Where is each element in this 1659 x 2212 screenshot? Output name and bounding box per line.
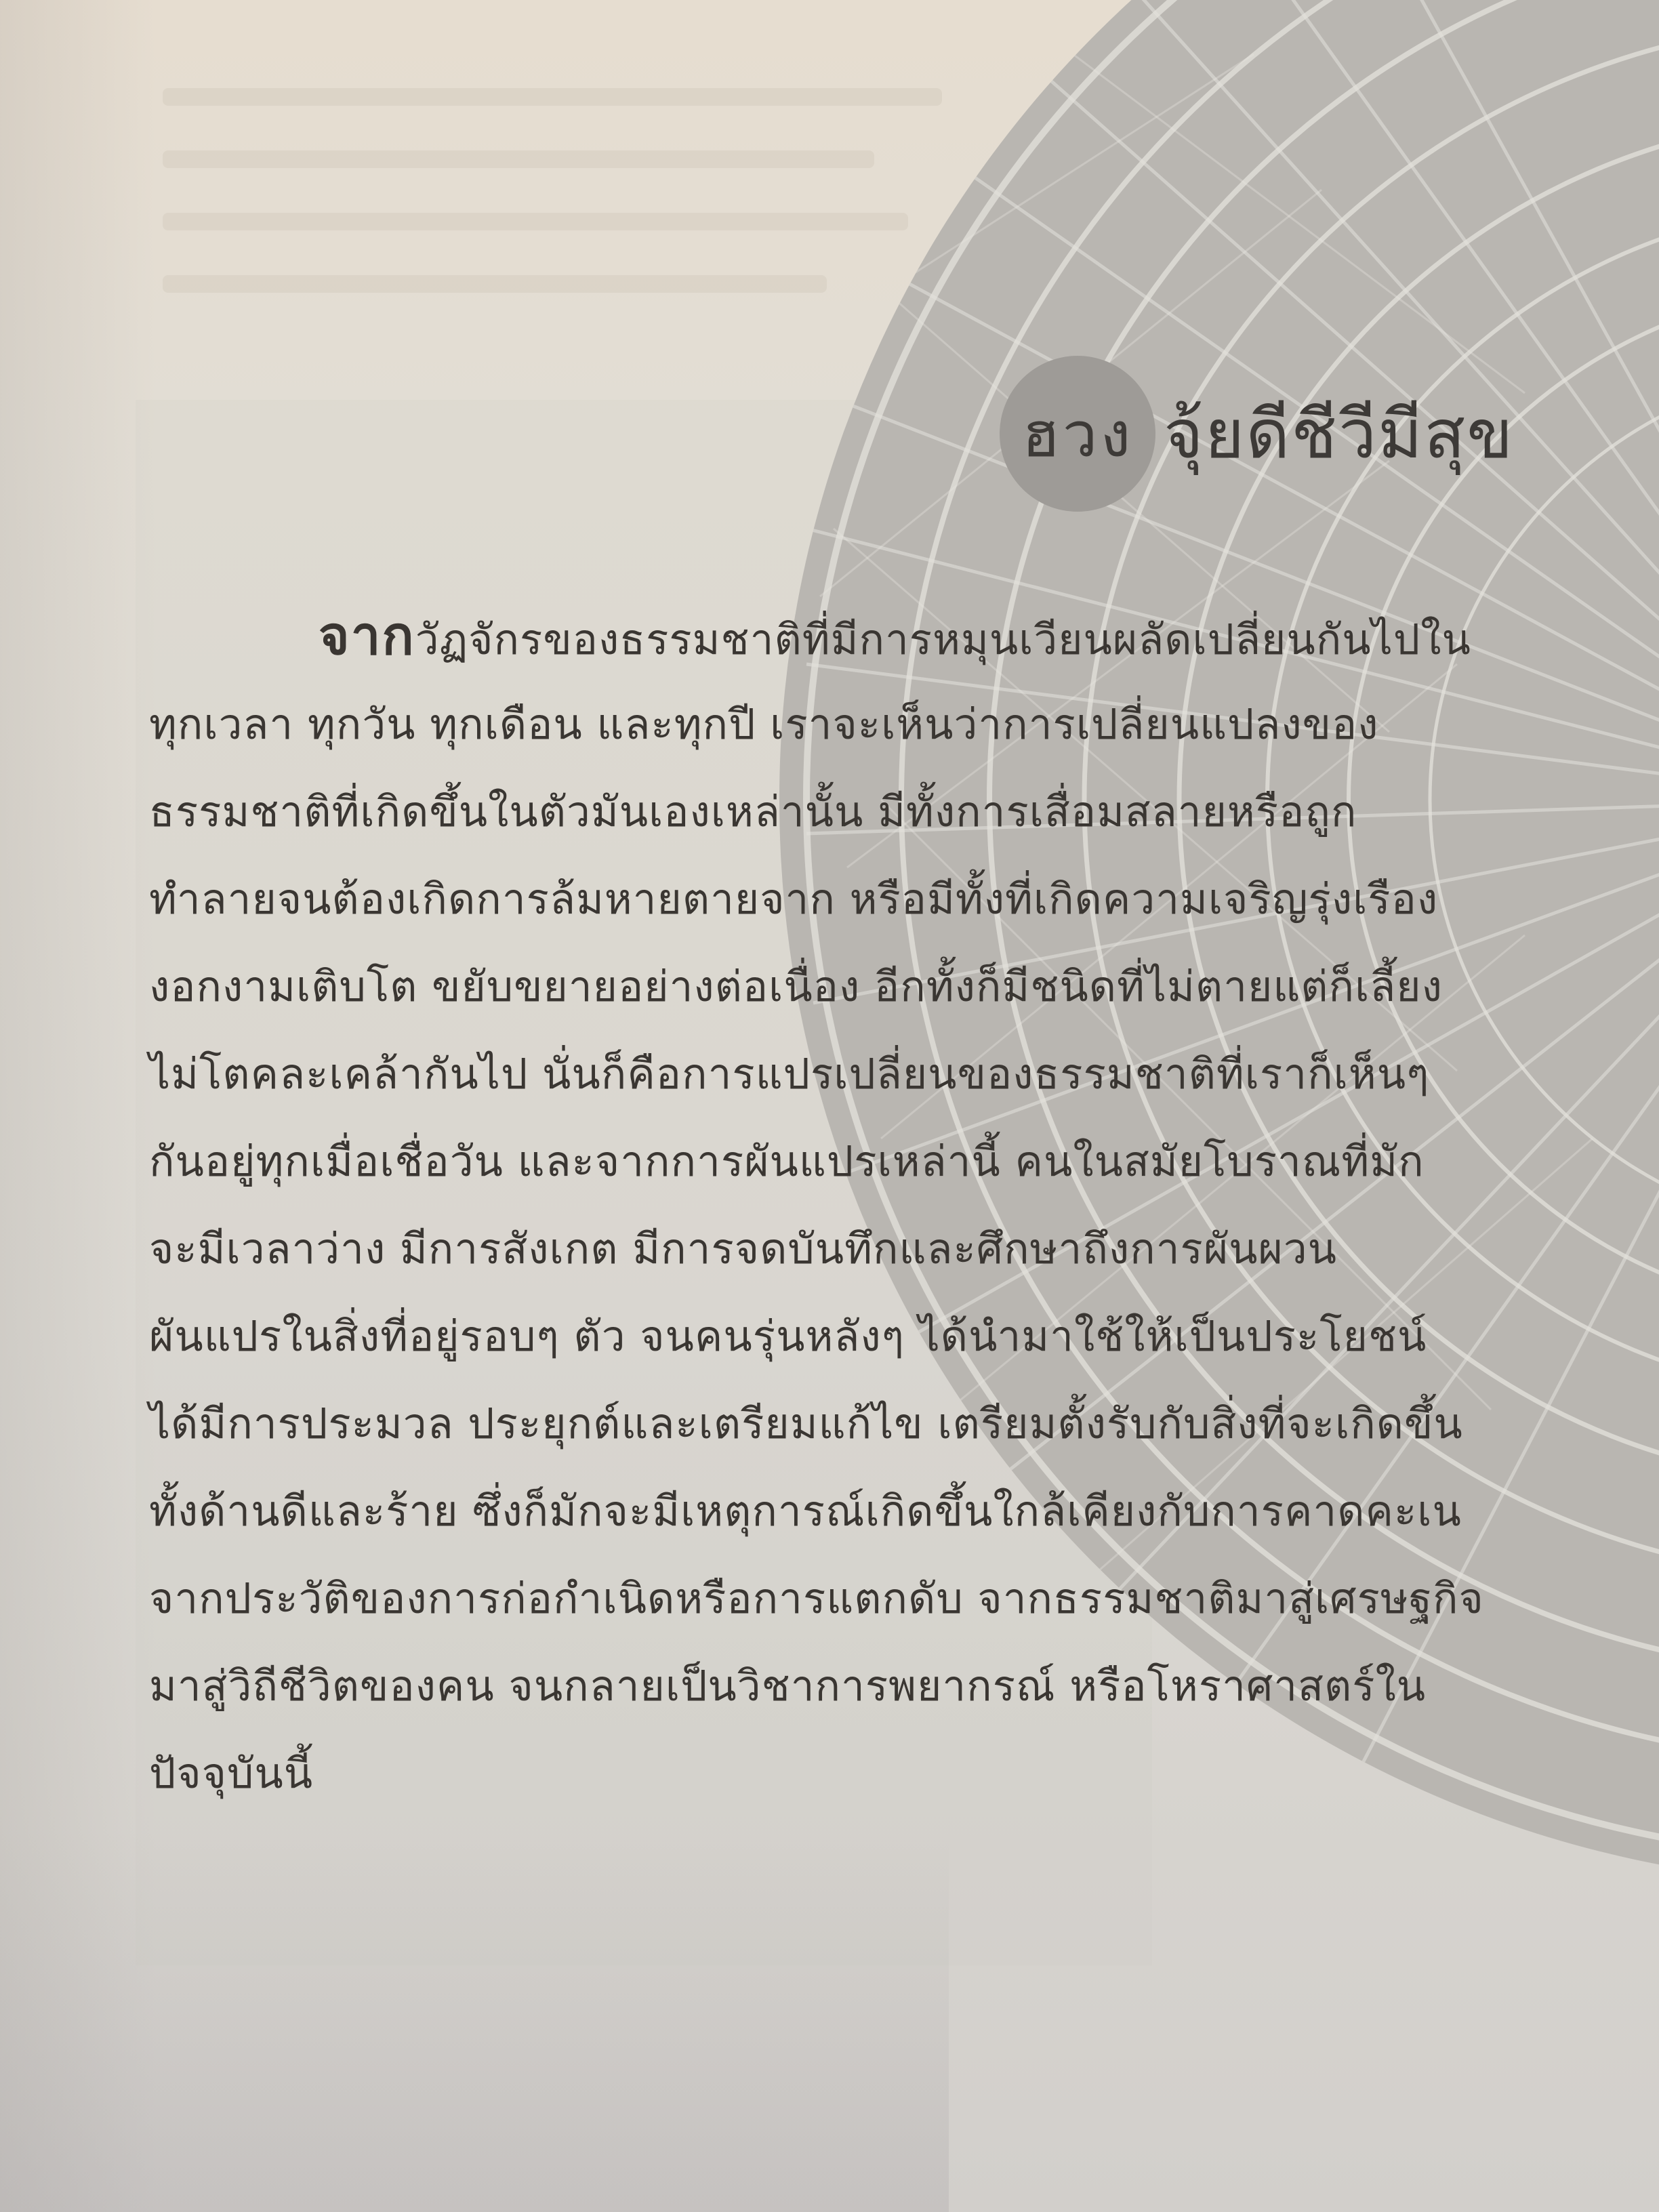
chapter-title: ฮวง จุ้ยดีชีวีมีสุข <box>1000 356 1514 512</box>
body-line-14: ปัจจุบันนี้ <box>149 1729 1613 1817</box>
body-line-8: จะมีเวลาว่าง มีการสังเกต มีการจดบันทึกแล… <box>149 1205 1613 1292</box>
title-badge-circle: ฮวง <box>1000 356 1155 512</box>
body-line-3: ธรรมชาติที่เกิดขึ้นในตัวมันเองเหล่านั้น … <box>149 768 1613 855</box>
title-text: จุ้ยดีชีวีมีสุข <box>1164 380 1514 488</box>
body-line-4: ทำลายจนต้องเกิดการล้มหายตายจาก หรือมีทั้… <box>149 855 1613 943</box>
book-page: ฮวง จุ้ยดีชีวีมีสุข จากวัฏจักรของธรรมชาต… <box>0 0 1659 2212</box>
body-line-9: ผันแปรในสิ่งที่อยู่รอบๆ ตัว จนคนรุ่นหลัง… <box>149 1292 1613 1380</box>
body-line-6: ไม่โตคละเคล้ากันไป นั่นก็คือการแปรเปลี่ย… <box>149 1030 1613 1118</box>
body-line-7: กันอยู่ทุกเมื่อเชื่อวัน และจากการผันแปรเ… <box>149 1118 1613 1205</box>
body-line-1: จากวัฏจักรของธรรมชาติที่มีการหมุนเวียนผล… <box>149 593 1613 680</box>
body-line-10: ได้มีการประมวล ประยุกต์และเตรียมแก้ไข เต… <box>149 1380 1613 1467</box>
body-line-11: ทั้งด้านดีและร้าย ซึ่งก็มักจะมีเหตุการณ์… <box>149 1467 1613 1555</box>
body-line-12: จากประวัติของการก่อกำเนิดหรือการแตกดับ จ… <box>149 1555 1613 1642</box>
body-line-5: งอกงามเติบโต ขยับขยายอย่างต่อเนื่อง อีกท… <box>149 943 1613 1030</box>
title-badge-text: ฮวง <box>1022 384 1134 484</box>
dropcap-word: จาก <box>319 606 415 667</box>
body-line-2: ทุกเวลา ทุกวัน ทุกเดือน และทุกปี เราจะเห… <box>149 680 1613 768</box>
body-paragraph: จากวัฏจักรของธรรมชาติที่มีการหมุนเวียนผล… <box>149 593 1613 1817</box>
body-line-13: มาสู่วิถีชีวิตของคน จนกลายเป็นวิชาการพยา… <box>149 1642 1613 1729</box>
